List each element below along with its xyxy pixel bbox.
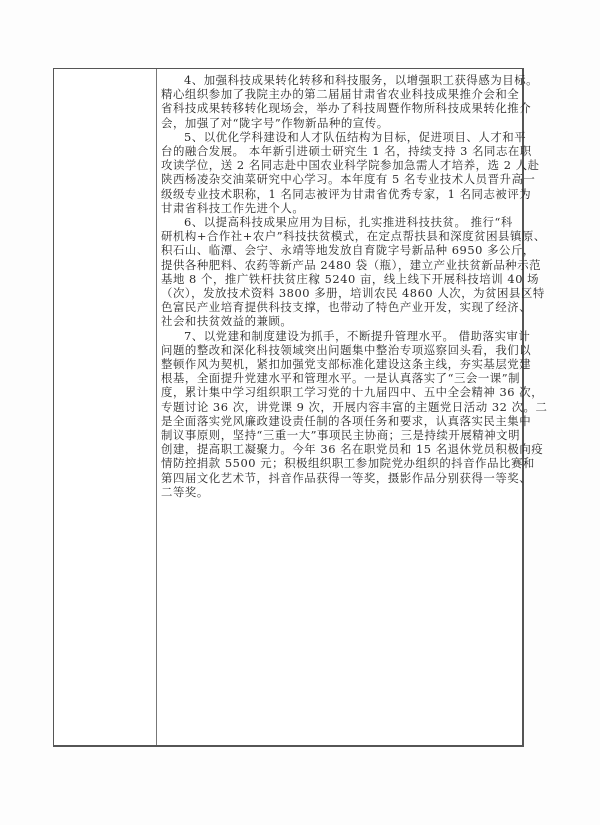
text-line: 创建，提高职工凝聚力。今年 36 名在职党员和 15 名退休党员积极向疫 xyxy=(161,442,518,456)
text-line: 整顿作风为契机，紧扣加强党支部标准化建设这条主线，夯实基层党建 xyxy=(161,357,518,371)
text-line: 社会和扶贫效益的兼顾。 xyxy=(161,314,518,328)
text-line: 级级专业技术职称，1 名同志被评为甘肃省优秀专家，1 名同志被评为 xyxy=(161,187,518,201)
paragraph-6: 6、以提高科技成果应用为目标，扎实推进科技扶贫。 推行“科 研机构+合作社+农户… xyxy=(161,215,518,329)
paragraph-5: 5、以优化学科建设和人才队伍结构为目标，促进项目、人才和平 台的融合发展。 本年… xyxy=(161,130,518,215)
text-line: 陕西杨凌杂交油菜研究中心学习。本年度有 5 名专业技术人员晋升高一 xyxy=(161,172,518,186)
document-page: 4、加强科技成果转化转移和科技服务，以增强职工获得感为目标。 精心组织参加了我院… xyxy=(0,0,600,825)
table-content-cell: 4、加强科技成果转化转移和科技服务，以增强职工获得感为目标。 精心组织参加了我院… xyxy=(157,69,522,745)
text-line: 甘肃省科技工作先进个人。 xyxy=(161,201,518,215)
text-line: 专题讨论 36 次，讲党课 9 次，开展内容丰富的主题党日活动 32 次。二 xyxy=(161,400,518,414)
text-line: 情防控捐款 5500 元；积极组织职工参加院党办组织的抖音作品比赛和 xyxy=(161,456,518,470)
paragraph-4: 4、加强科技成果转化转移和科技服务，以增强职工获得感为目标。 精心组织参加了我院… xyxy=(161,73,518,130)
text-line: 台的融合发展。 本年新引进硕士研究生 1 名，持续支持 3 名同志在职 xyxy=(161,144,518,158)
text-line: 7、以党建和制度建设为抓手，不断提升管理水平。 借助落实审计 xyxy=(161,329,518,343)
table-label-cell xyxy=(54,69,157,745)
report-table: 4、加强科技成果转化转移和科技服务，以增强职工获得感为目标。 精心组织参加了我院… xyxy=(53,68,524,747)
text-line: 6、以提高科技成果应用为目标，扎实推进科技扶贫。 推行“科 xyxy=(161,215,518,229)
text-line: 5、以优化学科建设和人才队伍结构为目标，促进项目、人才和平 xyxy=(161,130,518,144)
text-line: 二等奖。 xyxy=(161,485,518,499)
text-line: 提供各种肥料、农药等新产品 2480 袋（瓶），建立产业扶贫新品种示范 xyxy=(161,258,518,272)
text-line: 会，加强了对“陇字号”作物新品种的宣传。 xyxy=(161,116,518,130)
text-line: 研机构+合作社+农户”科技扶贫模式，在定点帮扶县和深度贫困县镇原、 xyxy=(161,229,518,243)
text-line: 省科技成果转移转化现场会，举办了科技周暨作物所科技成果转化推介 xyxy=(161,101,518,115)
text-line: 制议事原则，坚持“三重一大”事项民主协商；三是持续开展精神文明 xyxy=(161,428,518,442)
text-line: 问题的整改和深化科技领域突出问题集中整治专项巡察回头看，我们以 xyxy=(161,343,518,357)
text-line: 积石山、临潭、会宁、永靖等地发放自育陇字号新品种 6950 多公斤， xyxy=(161,243,518,257)
text-line: 基地 8 个，推广铁杆扶贫庄稼 5240 亩，线上线下开展科技培训 40 场 xyxy=(161,272,518,286)
text-line: 第四届文化艺术节，抖音作品获得一等奖，摄影作品分别获得一等奖、 xyxy=(161,471,518,485)
text-line: 精心组织参加了我院主办的第二届届甘肃省农业科技成果推介会和全 xyxy=(161,87,518,101)
text-line: 色富民产业培育提供科技支撑，也带动了特色产业开发，实现了经济、 xyxy=(161,300,518,314)
text-line: 根基，全面提升党建水平和管理水平。一是认真落实了“三会一课”制 xyxy=(161,371,518,385)
text-line: 攻读学位，送 2 名同志赴中国农业科学院参加急需人才培养，选 2 人赴 xyxy=(161,158,518,172)
paragraph-7: 7、以党建和制度建设为抓手，不断提升管理水平。 借助落实审计 问题的整改和深化科… xyxy=(161,329,518,499)
text-line: （次），发放技术资料 3800 多册，培训农民 4860 人次，为贫困县区特 xyxy=(161,286,518,300)
text-line: 4、加强科技成果转化转移和科技服务，以增强职工获得感为目标。 xyxy=(161,73,518,87)
text-line: 是全面落实党风廉政建设责任制的各项任务和要求，认真落实民主集中 xyxy=(161,414,518,428)
text-line: 度，累计集中学习组织职工学习党的十九届四中、五中全会精神 36 次， xyxy=(161,385,518,399)
